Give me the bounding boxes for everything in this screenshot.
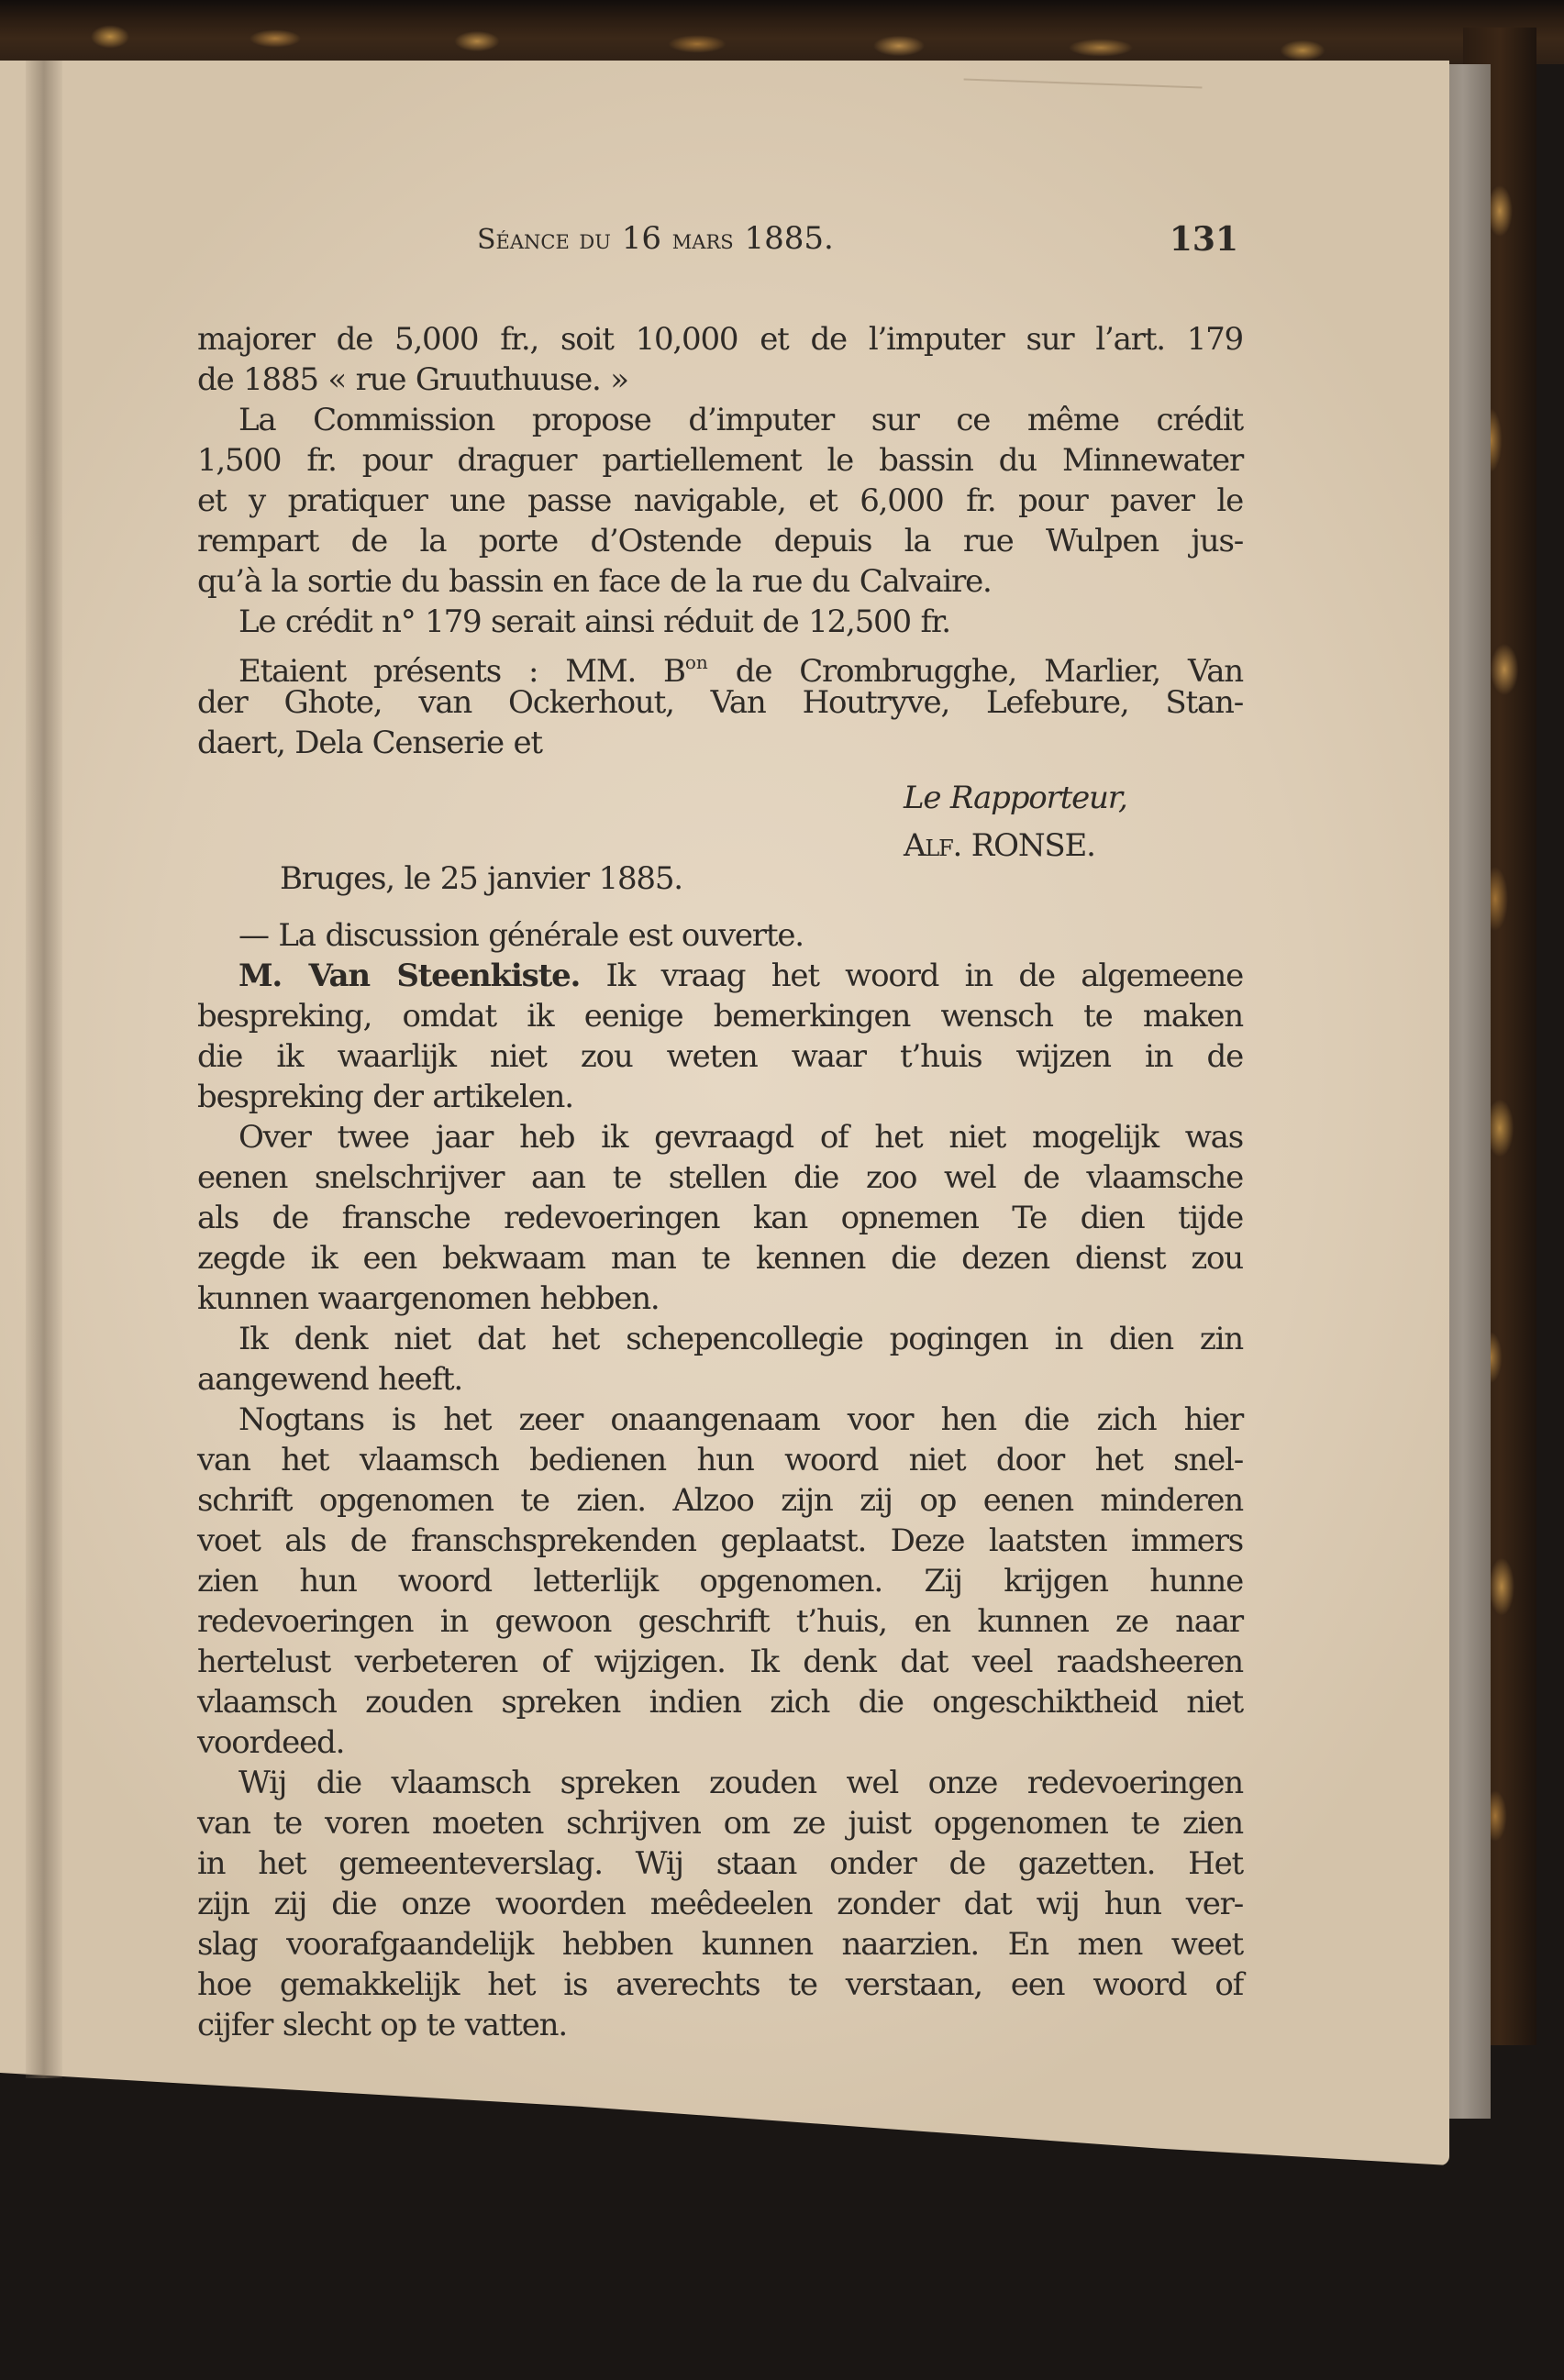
text-line: daert, Dela Censerie et xyxy=(197,723,1243,763)
paragraph-commission-proposal: La Commission propose d’imputer sur ce m… xyxy=(197,400,1243,602)
text-line: zijn zij die onze woorden meêdeelen zond… xyxy=(197,1884,1243,1924)
text-line: Etaient présents : MM. Bon de Crombruggh… xyxy=(197,642,1243,682)
running-head-day: 16 xyxy=(622,220,661,257)
baron-abbrev-superscript: on xyxy=(685,651,708,673)
text-line: vlaamsch zouden spreken indien zich die … xyxy=(197,1682,1243,1722)
text-line: et y pratiquer une passe navigable, et 6… xyxy=(197,481,1243,521)
text-line: die ik waarlijk niet zou weten waar t’hu… xyxy=(197,1036,1243,1077)
text-line: La Commission propose d’imputer sur ce m… xyxy=(197,400,1243,440)
page-fore-edge xyxy=(1445,64,1491,2119)
signature-surname: RONSE. xyxy=(971,827,1095,864)
text-line: majorer de 5,000 fr., soit 10,000 et de … xyxy=(197,319,1243,360)
text-line: slag voorafgaandelijk hebben kunnen naar… xyxy=(197,1924,1243,1965)
running-head-title: Séance du 16 mars 1885. xyxy=(477,220,834,257)
text-line: der Ghote, van Ockerhout, Van Houtryve, … xyxy=(197,682,1243,723)
text-line: eenen snelschrijver aan te stellen die z… xyxy=(197,1157,1243,1198)
signature-block: Le Rapporteur, Alf. RONSE. Bruges, le 25… xyxy=(197,778,1243,899)
text-line: 1,500 fr. pour draguer partiellement le … xyxy=(197,440,1243,481)
page-text-column: Séance du 16 mars 1885. 131 majorer de 5… xyxy=(197,220,1243,2045)
text-line: zien hun woord letterlijk opgenomen. Zij… xyxy=(197,1561,1243,1601)
book-cover-top xyxy=(0,0,1564,64)
paragraph-continuation: majorer de 5,000 fr., soit 10,000 et de … xyxy=(197,319,1243,400)
section-spacer xyxy=(197,899,1243,915)
text-line: hertelust verbeteren of wijzigen. Ik den… xyxy=(197,1642,1243,1682)
text-line: bespreking, omdat ik eenige bemerkingen … xyxy=(197,996,1243,1036)
text-line: hoe gemakkelijk het is averechts te vers… xyxy=(197,1965,1243,2005)
running-head-year: 1885. xyxy=(744,220,833,257)
text-line: schrift opgenomen te zien. Alzoo zijn zi… xyxy=(197,1480,1243,1521)
text-line: Wij die vlaamsch spreken zouden wel onze… xyxy=(197,1763,1243,1803)
text-line: redevoeringen in gewoon geschrift t’huis… xyxy=(197,1601,1243,1642)
gutter-shadow xyxy=(26,61,62,2078)
running-head-prefix: Séance du xyxy=(477,224,611,256)
text-line: M. Van Steenkiste. Ik vraag het woord in… xyxy=(197,956,1243,996)
signature-role: Le Rapporteur, xyxy=(197,778,1243,818)
speech-first-line: Ik vraag het woord in de algemeene xyxy=(580,958,1243,994)
text-line: de 1885 « rue Gruuthuuse. » xyxy=(197,360,1243,400)
running-head: Séance du 16 mars 1885. 131 xyxy=(197,220,1243,266)
paragraph-attendees: Etaient présents : MM. Bon de Crombruggh… xyxy=(197,642,1243,763)
text-line: voordeed. xyxy=(197,1722,1243,1763)
text-line: van te voren moeten schrijven om ze juis… xyxy=(197,1803,1243,1843)
text-line: Over twee jaar heb ik gevraagd of het ni… xyxy=(197,1117,1243,1157)
text-line: aangewend heeft. xyxy=(197,1359,1243,1400)
running-head-month: mars xyxy=(672,224,734,256)
text-line: cijfer slecht op te vatten. xyxy=(197,2005,1243,2045)
text-line: qu’à la sortie du bassin en face de la r… xyxy=(197,561,1243,602)
text-line: van het vlaamsch bedienen hun woord niet… xyxy=(197,1440,1243,1480)
text-line: Nogtans is het zeer onaangenaam voor hen… xyxy=(197,1400,1243,1440)
text-line: Ik denk niet dat het schepencollegie pog… xyxy=(197,1319,1243,1359)
text-line: zegde ik een bekwaam man te kennen die d… xyxy=(197,1238,1243,1279)
page-number: 131 xyxy=(1170,220,1238,259)
text-line: voet als de franschsprekenden geplaatst.… xyxy=(197,1521,1243,1561)
text-line: rempart de la porte d’Ostende depuis la … xyxy=(197,521,1243,561)
text-line: in het gemeenteverslag. Wij staan onder … xyxy=(197,1843,1243,1884)
text-line: Le crédit n° 179 serait ainsi réduit de … xyxy=(197,602,1243,642)
signature-name-prefix: Alf. xyxy=(904,827,961,864)
text-line: kunnen waargenomen hebben. xyxy=(197,1279,1243,1319)
speaker-name: M. Van Steenkiste. xyxy=(238,958,580,994)
paragraph-credit-reduction: Le crédit n° 179 serait ainsi réduit de … xyxy=(197,602,1243,642)
text-line: bespreking der artikelen. xyxy=(197,1077,1243,1117)
text-line: als de fransche redevoeringen kan opneme… xyxy=(197,1198,1243,1238)
speech-van-steenkiste: M. Van Steenkiste. Ik vraag het woord in… xyxy=(197,956,1243,2045)
discussion-opening: — La discussion générale est ouverte. xyxy=(197,915,1243,956)
